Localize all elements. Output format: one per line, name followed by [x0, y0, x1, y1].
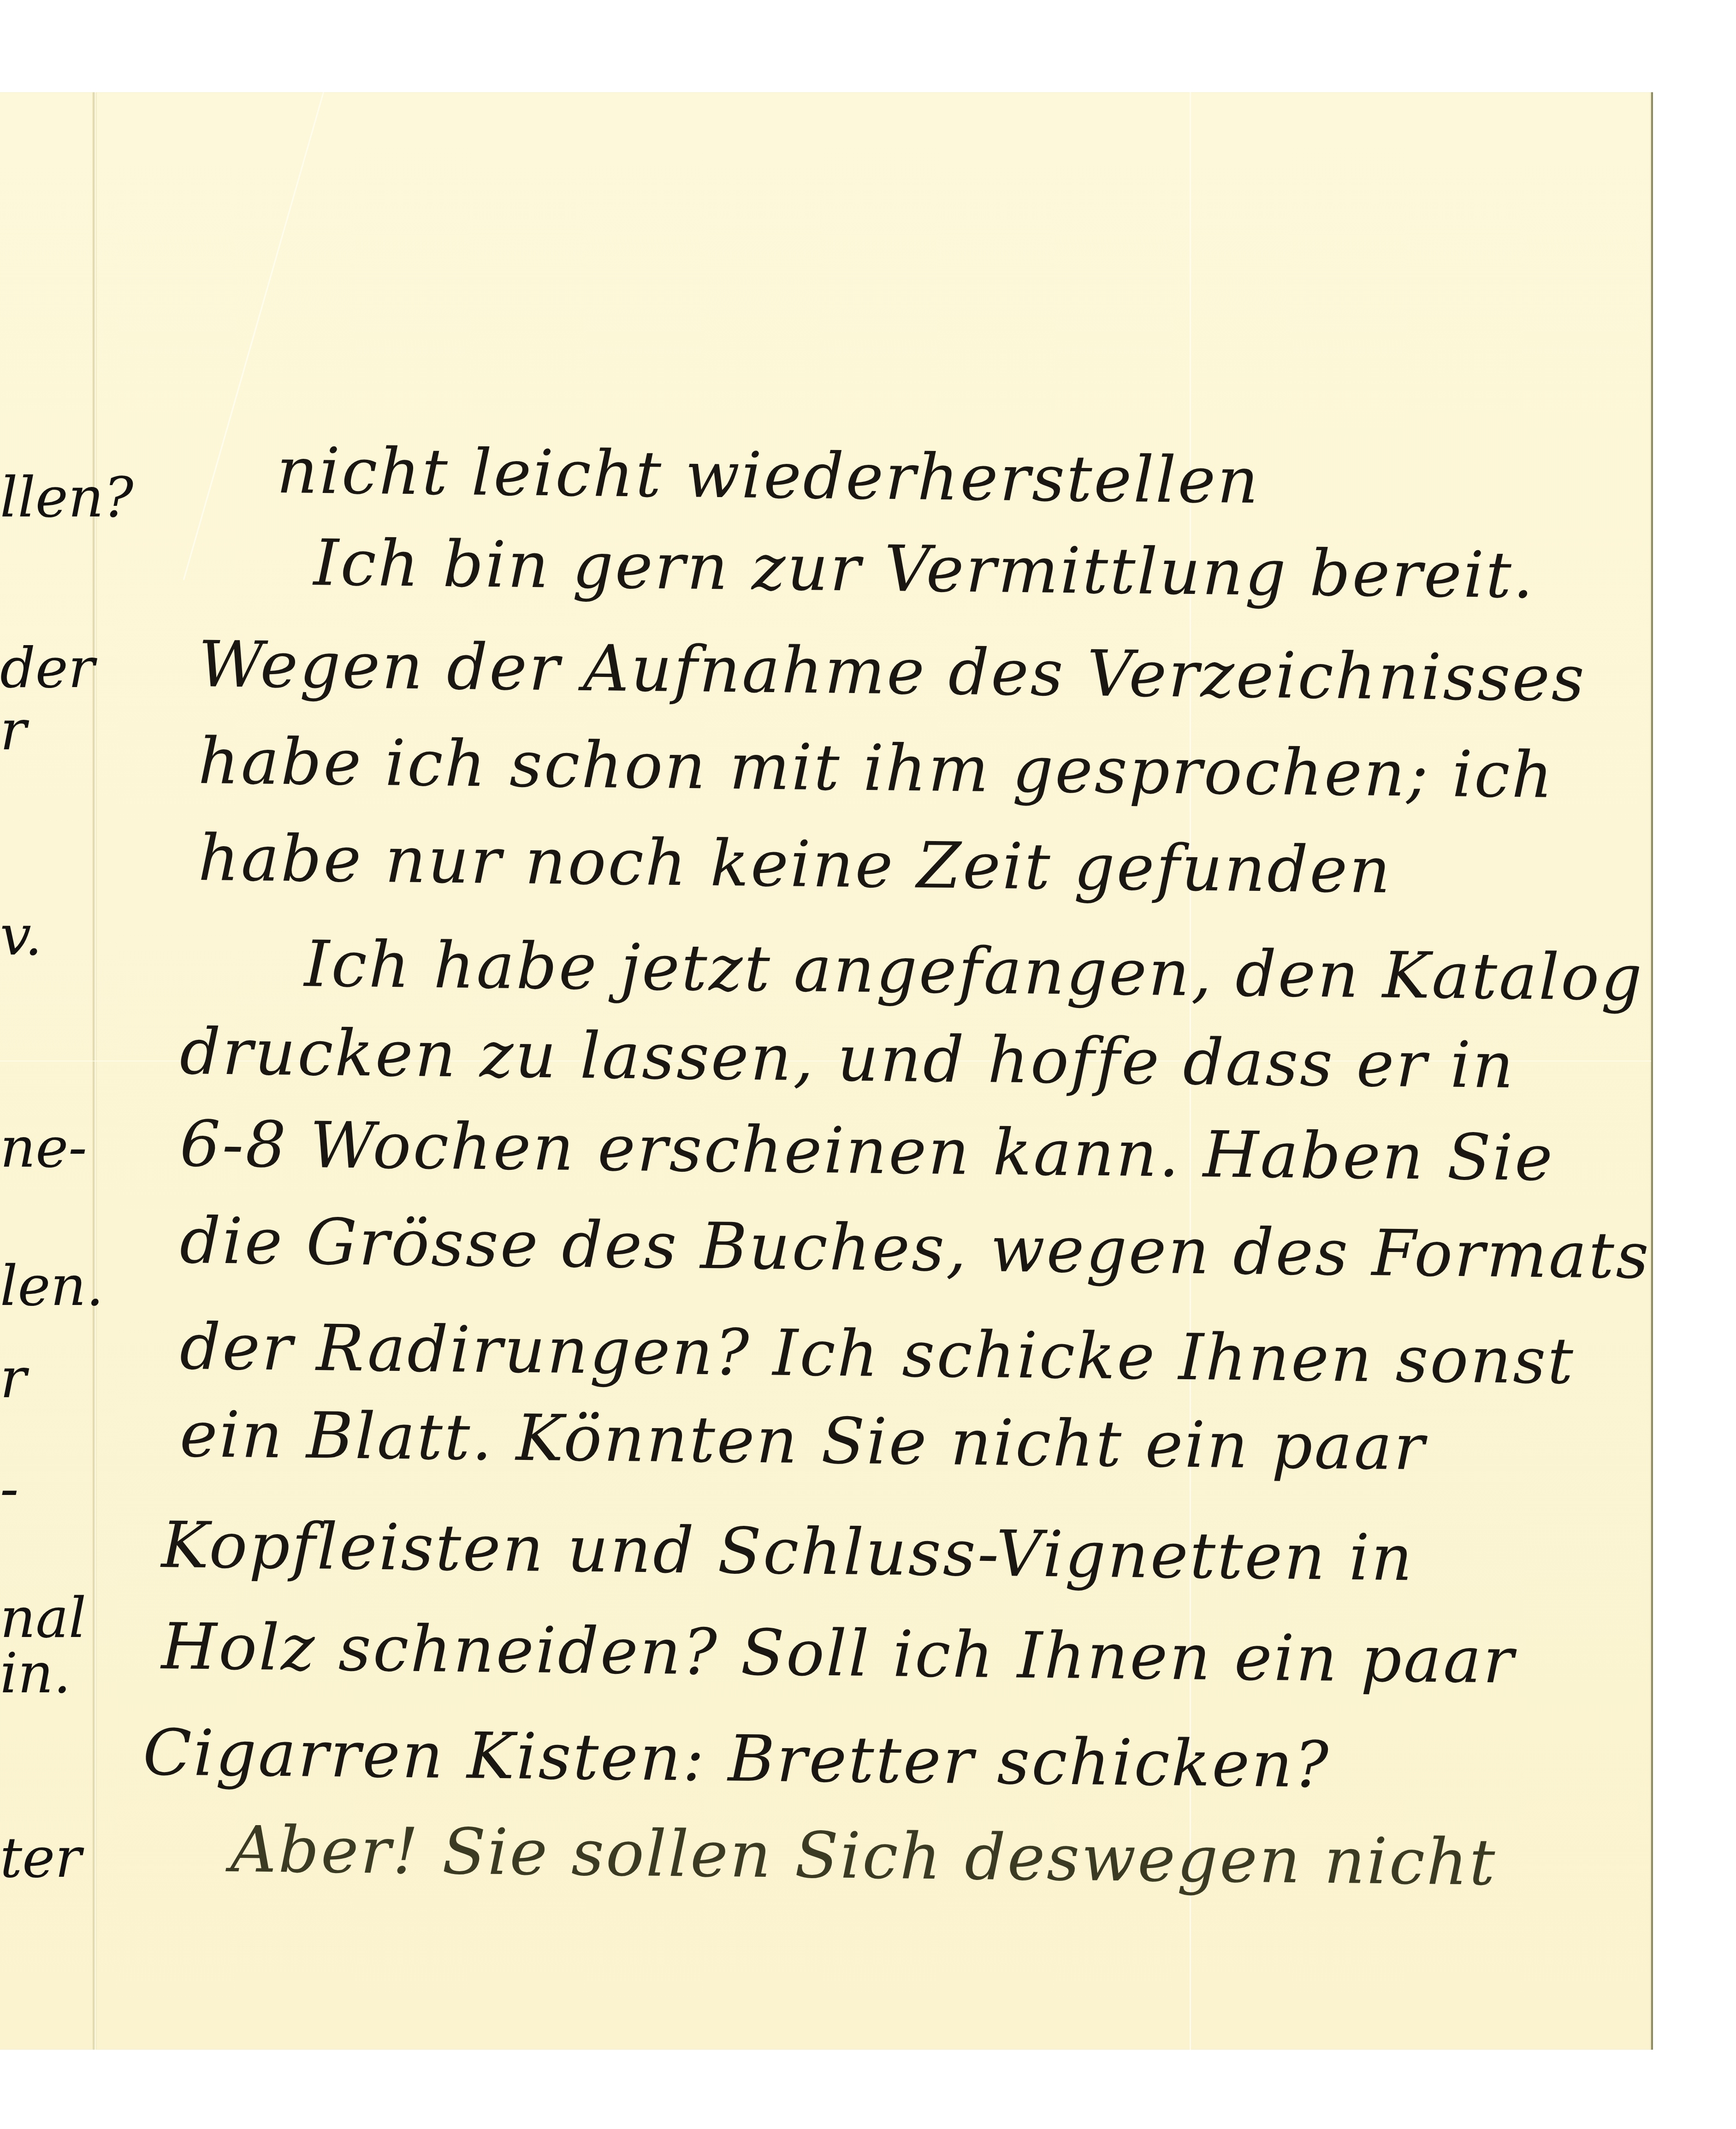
- margin-fragment: llen?: [0, 466, 133, 530]
- margin-fragment: r: [0, 699, 26, 763]
- handwritten-line: Kopfleisten und Schluss-Vignetten in: [161, 1508, 1415, 1595]
- margin-fragment: v.: [0, 904, 42, 968]
- handwritten-line: Holz schneiden? Soll ich Ihnen ein paar: [161, 1609, 1516, 1698]
- handwritten-line: Cigarren Kisten: Bretter schicken?: [142, 1715, 1331, 1802]
- margin-fragment: ne-: [0, 1116, 87, 1180]
- margin-fragment: -: [0, 1457, 19, 1521]
- margin-fragment: r: [0, 1346, 26, 1411]
- handwritten-line: die Grösse des Buches, wegen des Formats: [179, 1204, 1651, 1293]
- handwritten-line: Ich bin gern zur Vermittlung bereit.: [313, 526, 1535, 613]
- handwritten-line: nicht leicht wiederherstellen: [276, 433, 1261, 518]
- handwritten-line: habe nur noch keine Zeit gefunden: [198, 821, 1392, 907]
- handwritten-line: 6-8 Wochen erscheinen kann. Haben Sie: [179, 1107, 1555, 1195]
- handwritten-line: Ich habe jetzt angefangen, den Katalog: [304, 927, 1644, 1015]
- margin-fragment: nal: [0, 1586, 86, 1650]
- handwritten-line: habe ich schon mit ihm gesprochen; ich: [198, 724, 1555, 812]
- handwritten-line: ein Blatt. Könnten Sie nicht ein paar: [179, 1397, 1427, 1484]
- handwritten-line: der Radirungen? Ich schicke Ihnen sonst: [179, 1310, 1575, 1399]
- handwritten-line: Aber! Sie sollen Sich deswegen nicht: [230, 1812, 1497, 1900]
- handwritten-line: Wegen der Aufnahme des Verzeichnisses: [198, 627, 1587, 716]
- margin-fragment: in.: [0, 1642, 71, 1706]
- margin-fragment: ter: [0, 1826, 82, 1890]
- margin-fragment: len.: [0, 1254, 104, 1318]
- margin-fragment: der: [0, 636, 95, 700]
- left-fold-crease: [92, 92, 97, 2050]
- handwritten-line: drucken zu lassen, und hoffe dass er in: [179, 1014, 1516, 1103]
